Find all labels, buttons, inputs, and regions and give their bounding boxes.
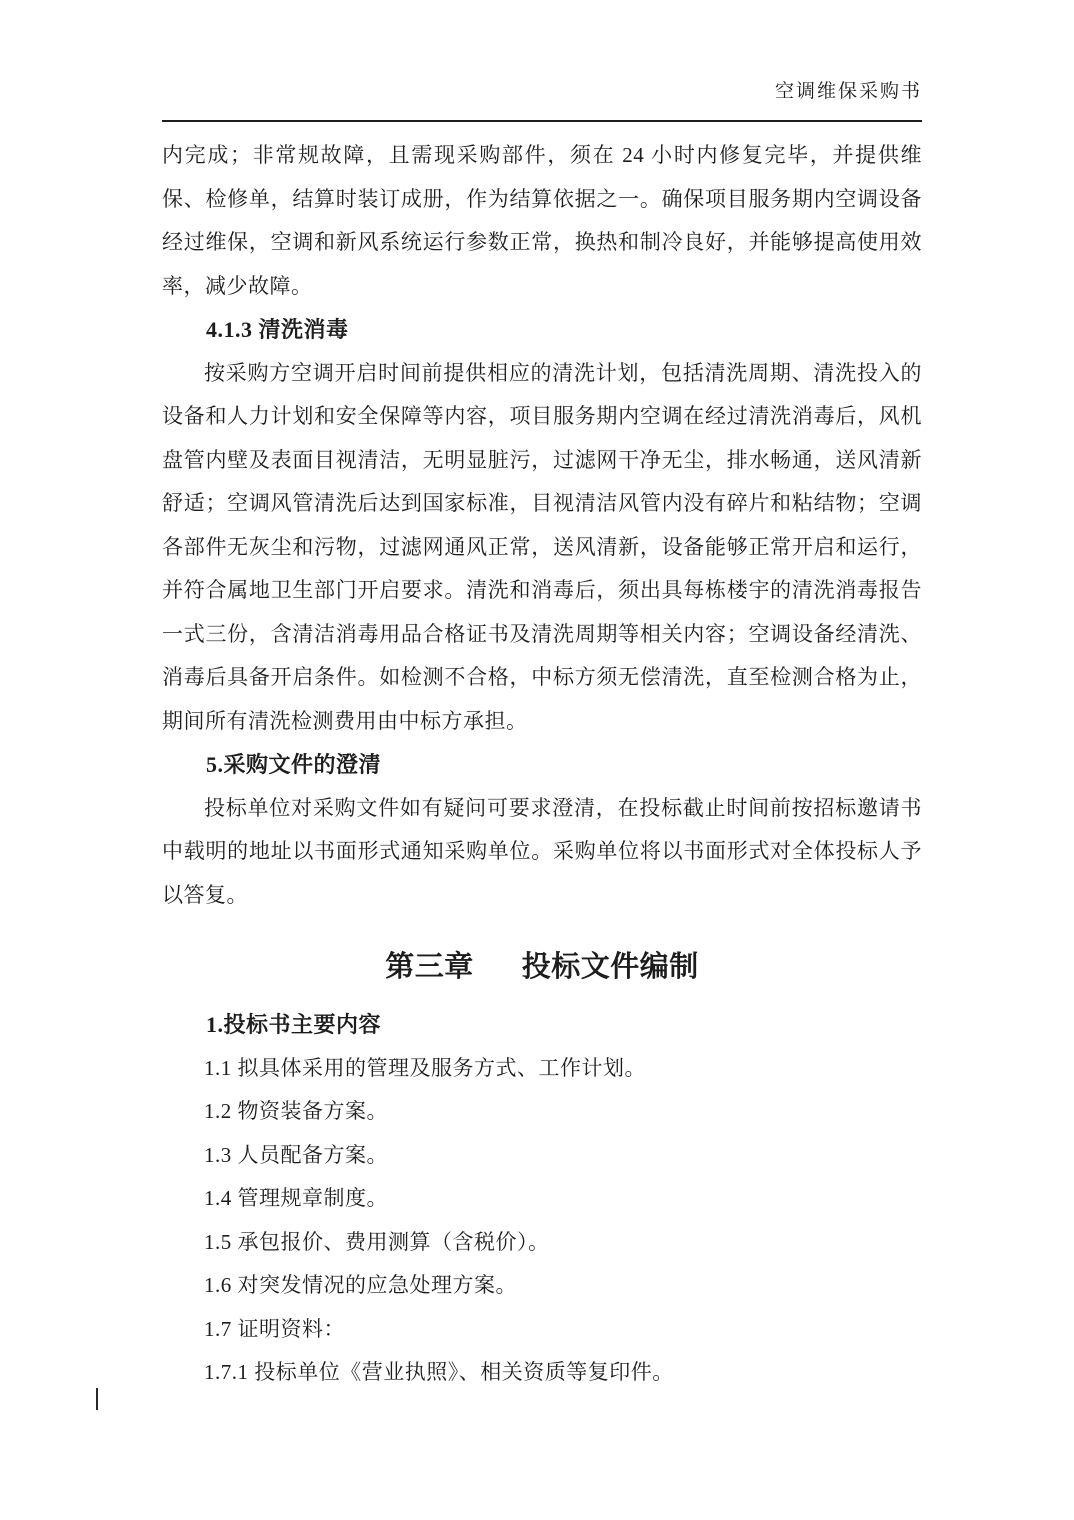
list-item: 1.2 物资装备方案。: [162, 1090, 922, 1134]
chapter-number: 第三章: [385, 939, 474, 995]
header-divider: [162, 120, 922, 122]
paragraph-cleaning-disinfection: 按采购方空调开启时间前提供相应的清洗计划，包括清洗周期、清洗投入的设备和人力计划…: [162, 352, 922, 744]
paragraph-document-clarification: 投标单位对采购文件如有疑问可要求澄清，在投标截止时间前按招标邀请书中载明的地址以…: [162, 787, 922, 918]
document-body: 内完成；非常规故障，且需现采购部件，须在 24 小时内修复完毕，并提供维保、检修…: [162, 134, 922, 1395]
chapter-name: 投标文件编制: [522, 939, 699, 995]
list-item: 1.1 拟具体采用的管理及服务方式、工作计划。: [162, 1047, 922, 1091]
paragraph-continuation: 内完成；非常规故障，且需现采购部件，须在 24 小时内修复完毕，并提供维保、检修…: [162, 134, 922, 308]
document-page[interactable]: 空调维保采购书 内完成；非常规故障，且需现采购部件，须在 24 小时内修复完毕，…: [0, 0, 1074, 1520]
chapter-title: 第三章 投标文件编制: [162, 939, 922, 995]
list-item: 1.3 人员配备方案。: [162, 1134, 922, 1178]
list-item: 1.6 对突发情况的应急处理方案。: [162, 1264, 922, 1308]
list-item: 1.7 证明资料：: [162, 1308, 922, 1352]
header-title: 空调维保采购书: [775, 81, 922, 102]
list-item: 1.5 承包报价、费用测算（含税价）。: [162, 1221, 922, 1265]
heading-document-clarification: 5.采购文件的澄清: [162, 743, 922, 787]
heading-cleaning-disinfection: 4.1.3 清洗消毒: [162, 308, 922, 352]
list-item: 1.4 管理规章制度。: [162, 1177, 922, 1221]
list-item: 1.7.1 投标单位《营业执照》、相关资质等复印件。: [162, 1351, 922, 1395]
page-header: 空调维保采购书: [162, 78, 922, 120]
heading-bid-main-content: 1.投标书主要内容: [162, 1003, 922, 1047]
bid-items-list: 1.1 拟具体采用的管理及服务方式、工作计划。 1.2 物资装备方案。 1.3 …: [162, 1047, 922, 1395]
text-cursor: [96, 1388, 98, 1410]
